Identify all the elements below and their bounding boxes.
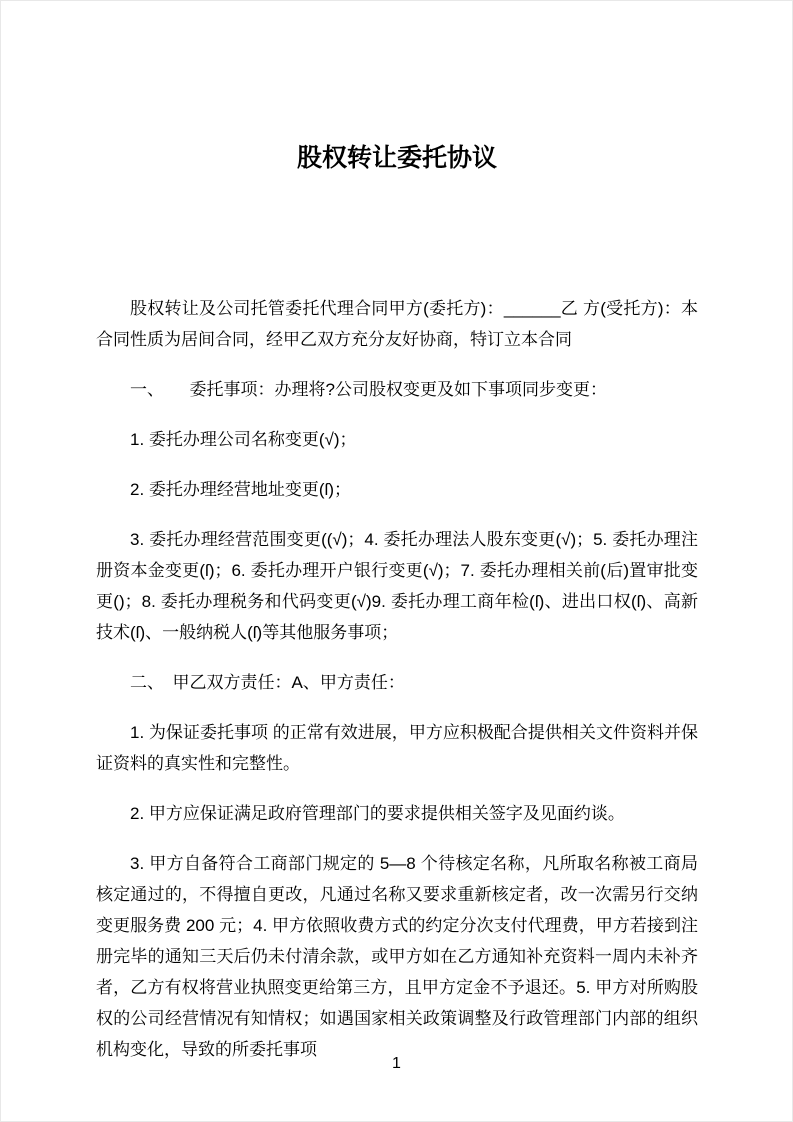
item-address-change: 2. 委托办理经营地址变更(ſ)；: [96, 474, 698, 505]
document-page: 股权转让委托协议 股权转让及公司托管委托代理合同甲方(委托方)：______乙 …: [0, 0, 793, 1122]
responsibility-item-1: 1. 为保证委托事项 的正常有效进展，甲方应积极配合提供相关文件资料并保证资料的…: [96, 717, 698, 779]
page-number: 1: [0, 1053, 793, 1075]
intro-paragraph: 股权转让及公司托管委托代理合同甲方(委托方)：______乙 方(受托方)：本合…: [96, 293, 698, 355]
section-1-heading: 一、 委托事项：办理将?公司股权变更及如下事项同步变更：: [96, 374, 698, 405]
items-3-to-9: 3. 委托办理经营范围变更((√)；4. 委托办理法人股东变更(√)；5. 委托…: [96, 524, 698, 648]
section-2-heading: 二、 甲乙双方责任：A、甲方责任：: [96, 667, 698, 698]
responsibility-item-2: 2. 甲方应保证满足政府管理部门的要求提供相关签字及见面约谈。: [96, 798, 698, 829]
item-company-name-change: 1. 委托办理公司名称变更(√)；: [96, 424, 698, 455]
document-title: 股权转让委托协议: [96, 140, 698, 176]
responsibility-items-3-to-5: 3. 甲方自备符合工商部门规定的 5—8 个待核定名称，凡所取名称被工商局核定通…: [96, 848, 698, 1065]
